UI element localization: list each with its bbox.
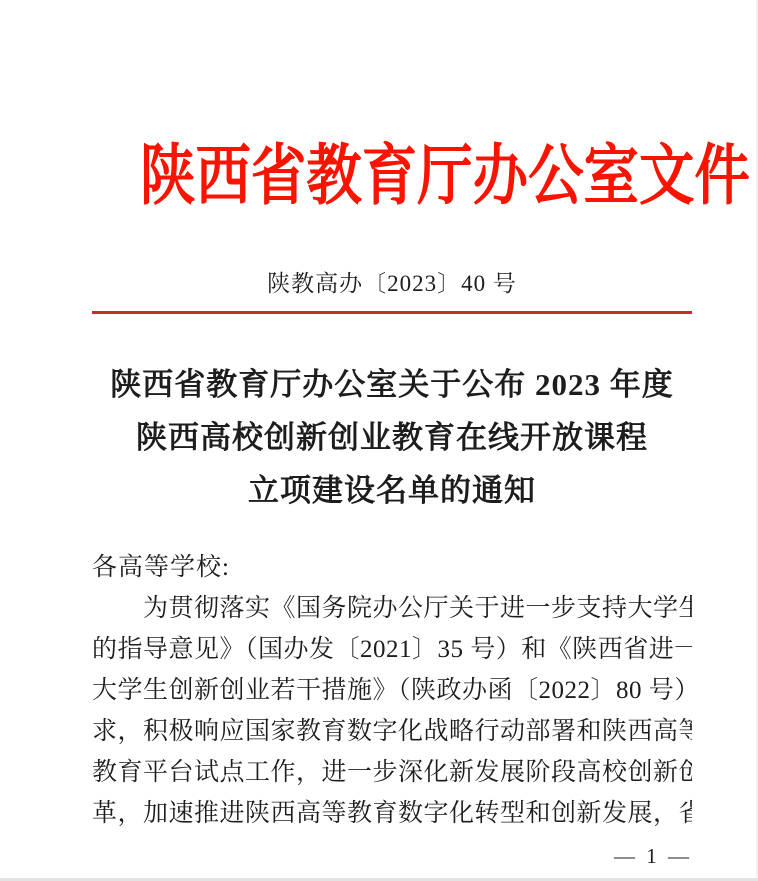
notice-title: 陕西省教育厅办公室关于公布 2023 年度 陕西高校创新创业教育在线开放课程 立… [92,358,692,517]
body-line: 革，加速推进陕西高等教育数字化转型和创新发展，省教育厅组 [92,793,692,834]
salutation: 各高等学校: [92,547,692,588]
agency-masthead: 陕西省教育厅办公室文件 [140,136,644,218]
body-line: 教育平台试点工作，进一步深化新发展阶段高校创新创业教育改 [92,752,692,793]
body-line: 的指导意见》（国办发〔2021〕35 号）和《陕西省进一步支持 [92,629,692,670]
document-number: 陕教高办〔2023〕40 号 [92,268,692,300]
body-line: 大学生创新创业若干措施》（陕政办函〔2022〕80 号）文件要 [92,670,692,711]
document-page: 陕西省教育厅办公室文件 陕教高办〔2023〕40 号 陕西省教育厅办公室关于公布… [0,0,758,881]
notice-body: 各高等学校: 为贯彻落实《国务院办公厅关于进一步支持大学生创新创业 的指导意见》… [92,547,692,834]
notice-title-line-1: 陕西省教育厅办公室关于公布 2023 年度 [92,358,692,411]
document-content: 陕西省教育厅办公室文件 陕教高办〔2023〕40 号 陕西省教育厅办公室关于公布… [92,0,692,881]
notice-title-line-2: 陕西高校创新创业教育在线开放课程 [92,411,692,464]
body-line: 为贯彻落实《国务院办公厅关于进一步支持大学生创新创业 [92,588,692,629]
body-line: 求，积极响应国家教育数字化战略行动部署和陕西高等教育智慧 [92,711,692,752]
page-number: — 1 — [614,844,692,869]
red-divider-line [92,311,692,314]
notice-title-line-3: 立项建设名单的通知 [92,464,692,517]
